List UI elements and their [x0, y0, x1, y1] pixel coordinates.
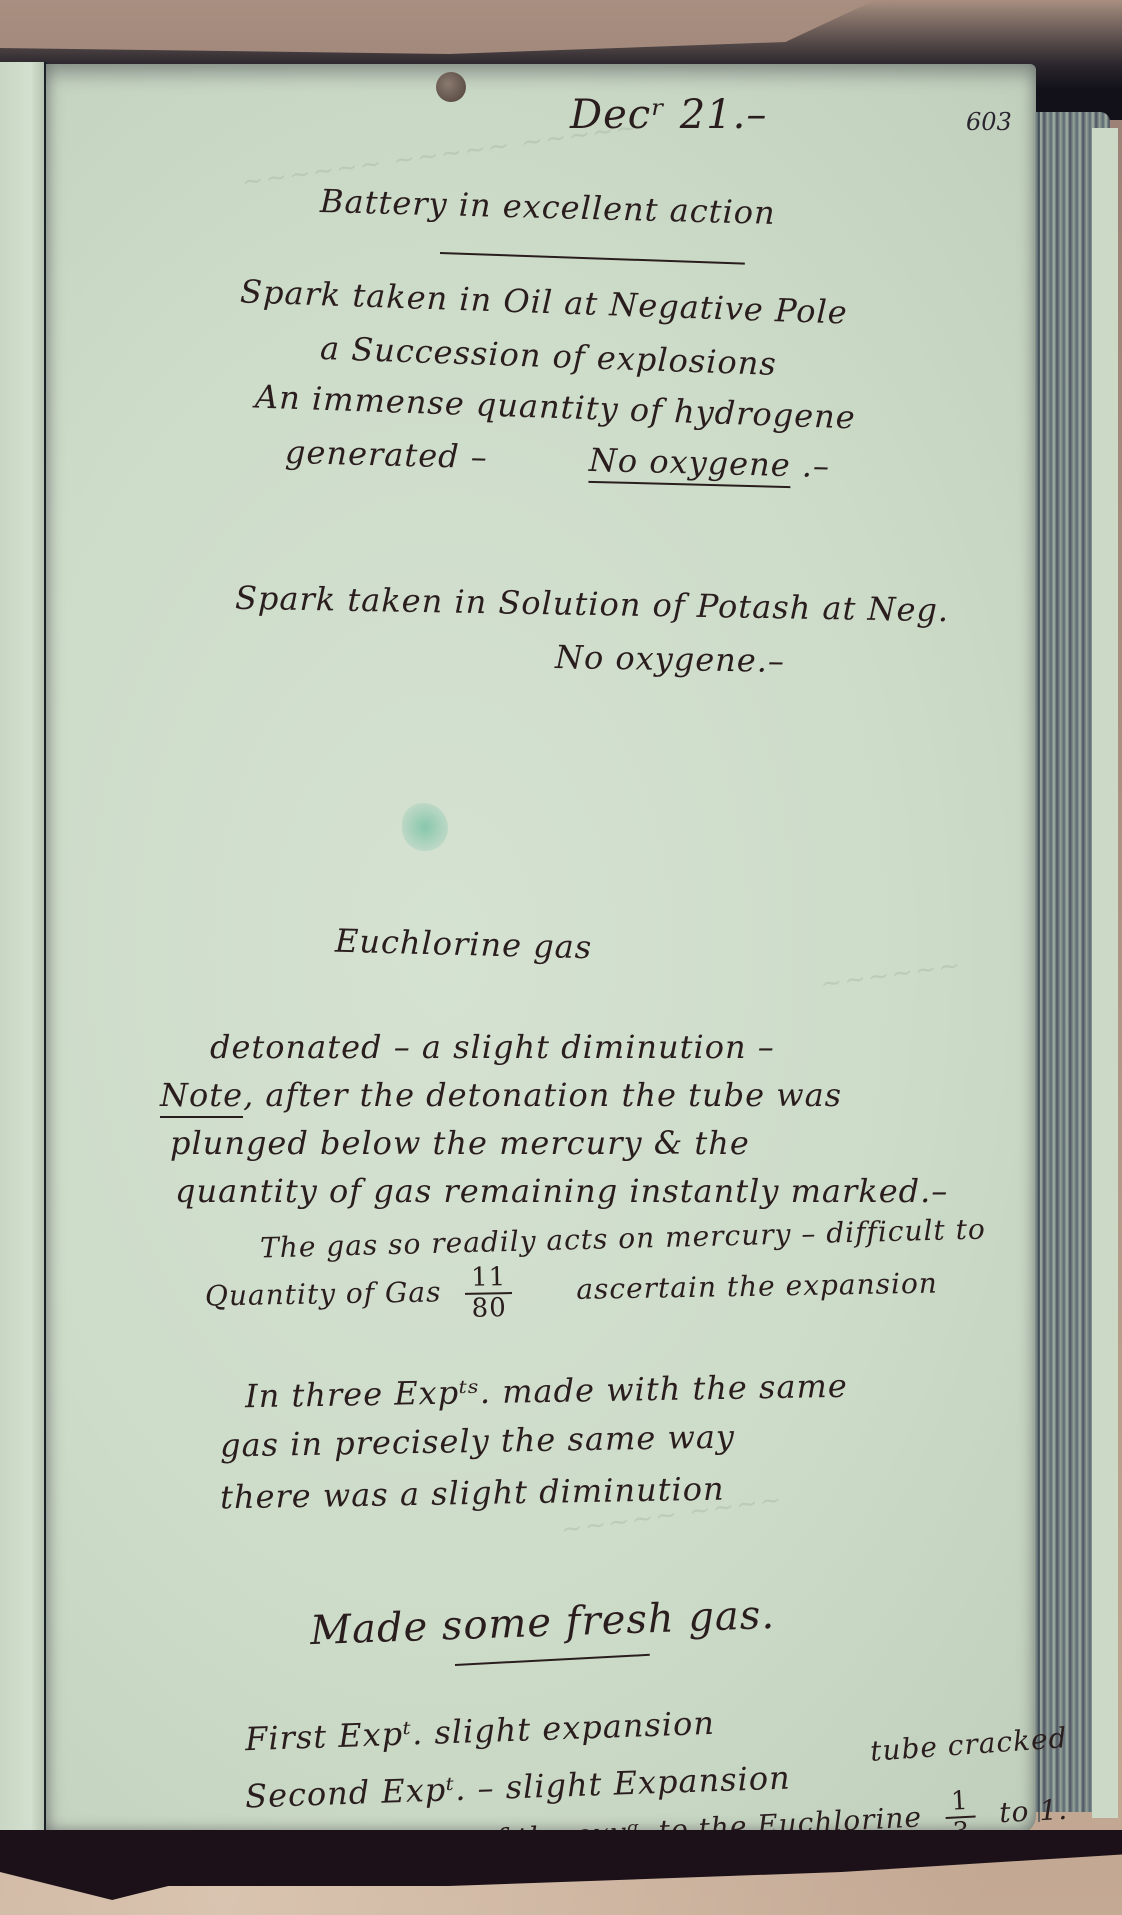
ink-stain [402, 803, 448, 851]
ratio-rest: to 1. [998, 1793, 1068, 1830]
punctuation: .– [801, 446, 830, 485]
page-number: 603 [966, 108, 1012, 136]
pin-mark [436, 72, 466, 102]
fraction-numerator: 1 [944, 1787, 975, 1819]
fraction-denominator: 80 [471, 1294, 507, 1323]
ascertain-text: ascertain the expansion [576, 1267, 938, 1306]
euchlorine-line-3: plunged below the mercury & the [170, 1124, 750, 1162]
euchlorine-line-1: detonated – a slight diminution – [210, 1028, 775, 1066]
next-page-edge [1092, 128, 1118, 1818]
note-label: Note [160, 1076, 243, 1118]
gas-fraction: 11 80 [465, 1263, 513, 1323]
euchlorine-line-4: quantity of gas remaining instantly mark… [175, 1172, 948, 1210]
note-text: , after the detonation the tube was [243, 1076, 842, 1114]
no-oxygene-underlined: No oxygene [588, 441, 791, 488]
quantity-of-gas-label: Quantity of Gas [205, 1275, 442, 1312]
entry-date: Decʳ 21.– [570, 92, 767, 138]
left-page-edge [0, 62, 47, 1857]
spark-potash-line-2: No oxygene.– [555, 638, 786, 680]
fraction-numerator: 11 [465, 1263, 513, 1294]
generated-text: generated – [285, 433, 489, 476]
heading-euchlorine: Euchlorine gas [335, 922, 593, 967]
euchlorine-line-2: Note, after the detonation the tube was [160, 1076, 842, 1114]
page-margin-line [1038, 112, 1040, 1822]
